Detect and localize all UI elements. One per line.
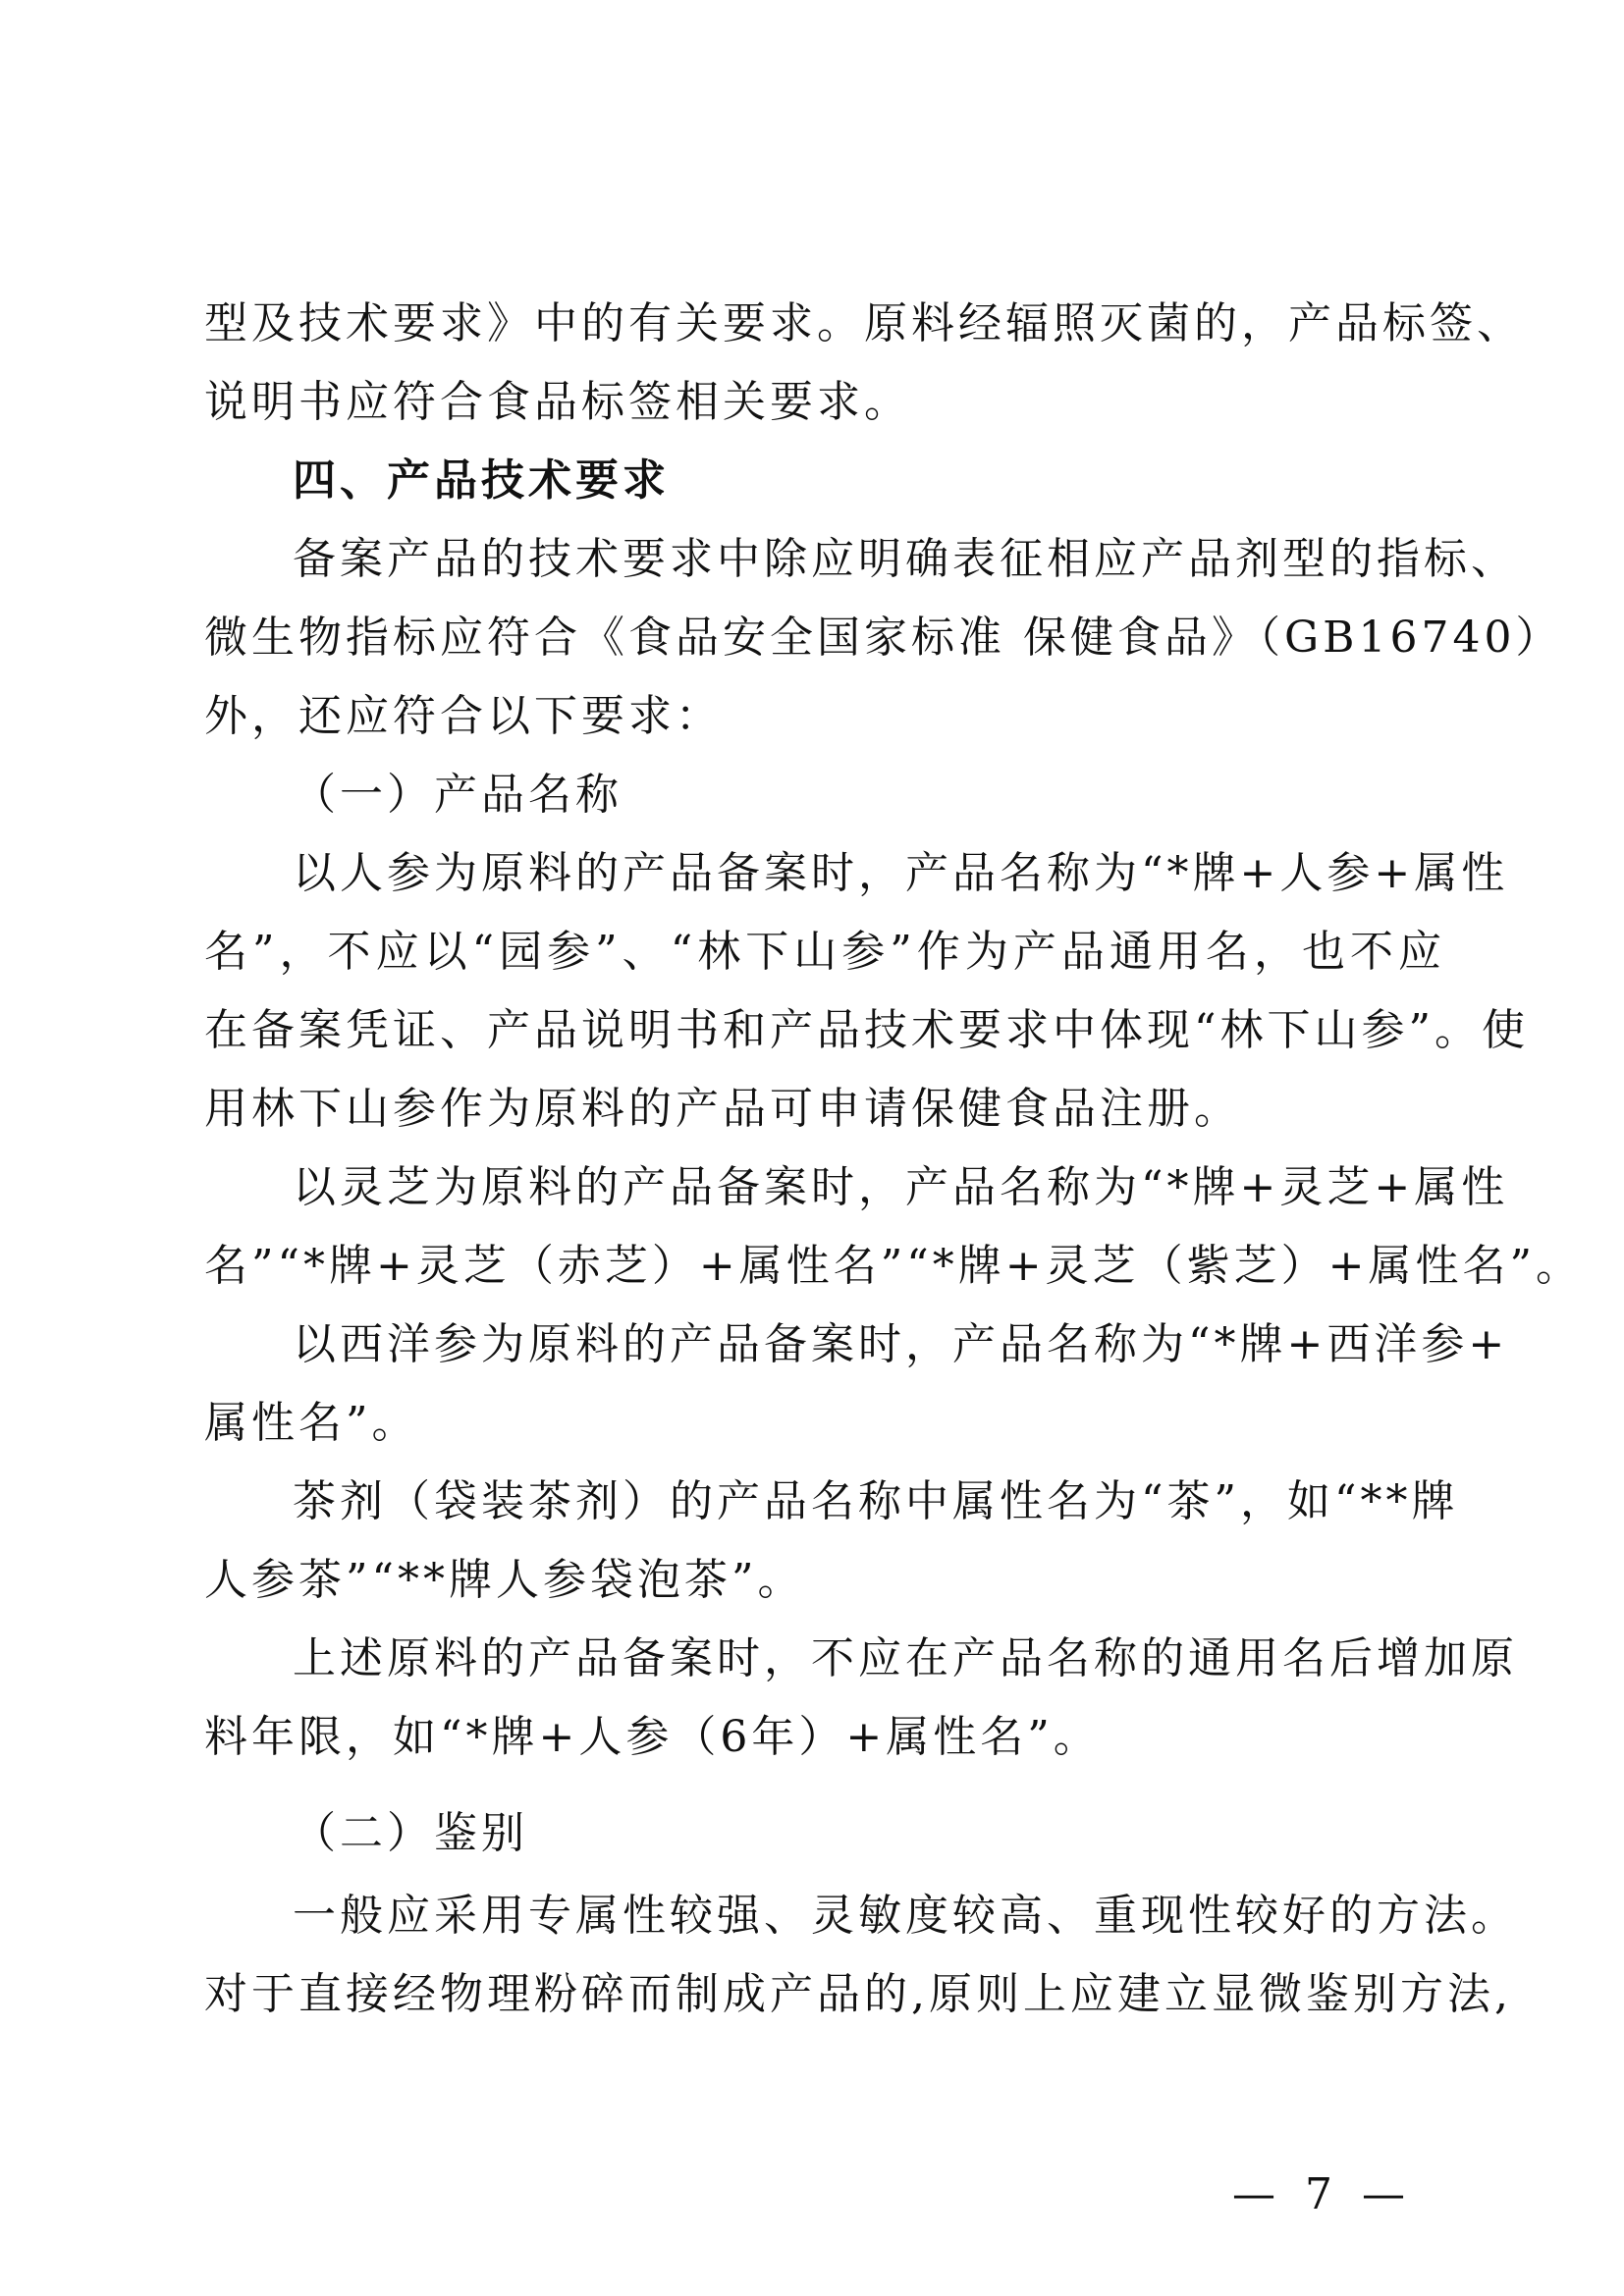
subsection-heading: （二）鉴别 — [293, 1806, 528, 1861]
section-heading: 四、产品技术要求 — [293, 454, 670, 508]
paragraph-line: 微生物指标应符合《食品安全国家标准 保健食品》（GB16740） — [204, 611, 1445, 666]
paragraph-line: 以灵芝为原料的产品备案时，产品名称为“*牌+灵芝+属性 — [293, 1160, 1445, 1215]
paragraph-line: 型及技术要求》中的有关要求。原料经辐照灭菌的，产品标签、 — [204, 296, 1445, 351]
paragraph-line: 备案产品的技术要求中除应明确表征相应产品剂型的指标、 — [293, 532, 1445, 587]
paragraph-line: 以西洋参为原料的产品备案时，产品名称为“*牌+西洋参+ — [293, 1317, 1445, 1372]
paragraph-line: 以人参为原料的产品备案时，产品名称为“*牌+人参+属性 — [293, 846, 1445, 901]
paragraph-line: 名”，不应以“园参”、“林下山参”作为产品通用名，也不应 — [204, 925, 1445, 980]
paragraph-line: 对于直接经物理粉碎而制成产品的,原则上应建立显微鉴别方法, — [204, 1967, 1445, 2022]
paragraph-line: 外，还应符合以下要求： — [204, 689, 1445, 744]
paragraph-line: 一般应采用专属性较强、灵敏度较高、重现性较好的方法。 — [293, 1889, 1445, 1944]
document-page: 型及技术要求》中的有关要求。原料经辐照灭菌的，产品标签、 说明书应符合食品标签相… — [0, 0, 1624, 2296]
paragraph-line: 在备案凭证、产品说明书和产品技术要求中体现“林下山参”。使 — [204, 1003, 1445, 1058]
paragraph-line: 说明书应符合食品标签相关要求。 — [204, 375, 1445, 430]
paragraph-line: 茶剂（袋装茶剂）的产品名称中属性名为“茶”，如“**牌 — [293, 1474, 1445, 1529]
paragraph-line: 名”“*牌+灵芝（赤芝）+属性名”“*牌+灵芝（紫芝）+属性名”。 — [204, 1239, 1445, 1294]
paragraph-line: 上述原料的产品备案时，不应在产品名称的通用名后增加原 — [293, 1631, 1445, 1686]
subsection-heading: （一）产品名称 — [293, 768, 623, 823]
paragraph-line: 用林下山参作为原料的产品可申请保健食品注册。 — [204, 1082, 1445, 1137]
page-number: — 7 — — [1232, 2167, 1413, 2222]
paragraph-line: 属性名”。 — [204, 1396, 1445, 1451]
paragraph-line: 人参茶”“**牌人参袋泡茶”。 — [204, 1553, 1445, 1608]
paragraph-line: 料年限，如“*牌+人参（6年）+属性名”。 — [204, 1710, 1445, 1765]
